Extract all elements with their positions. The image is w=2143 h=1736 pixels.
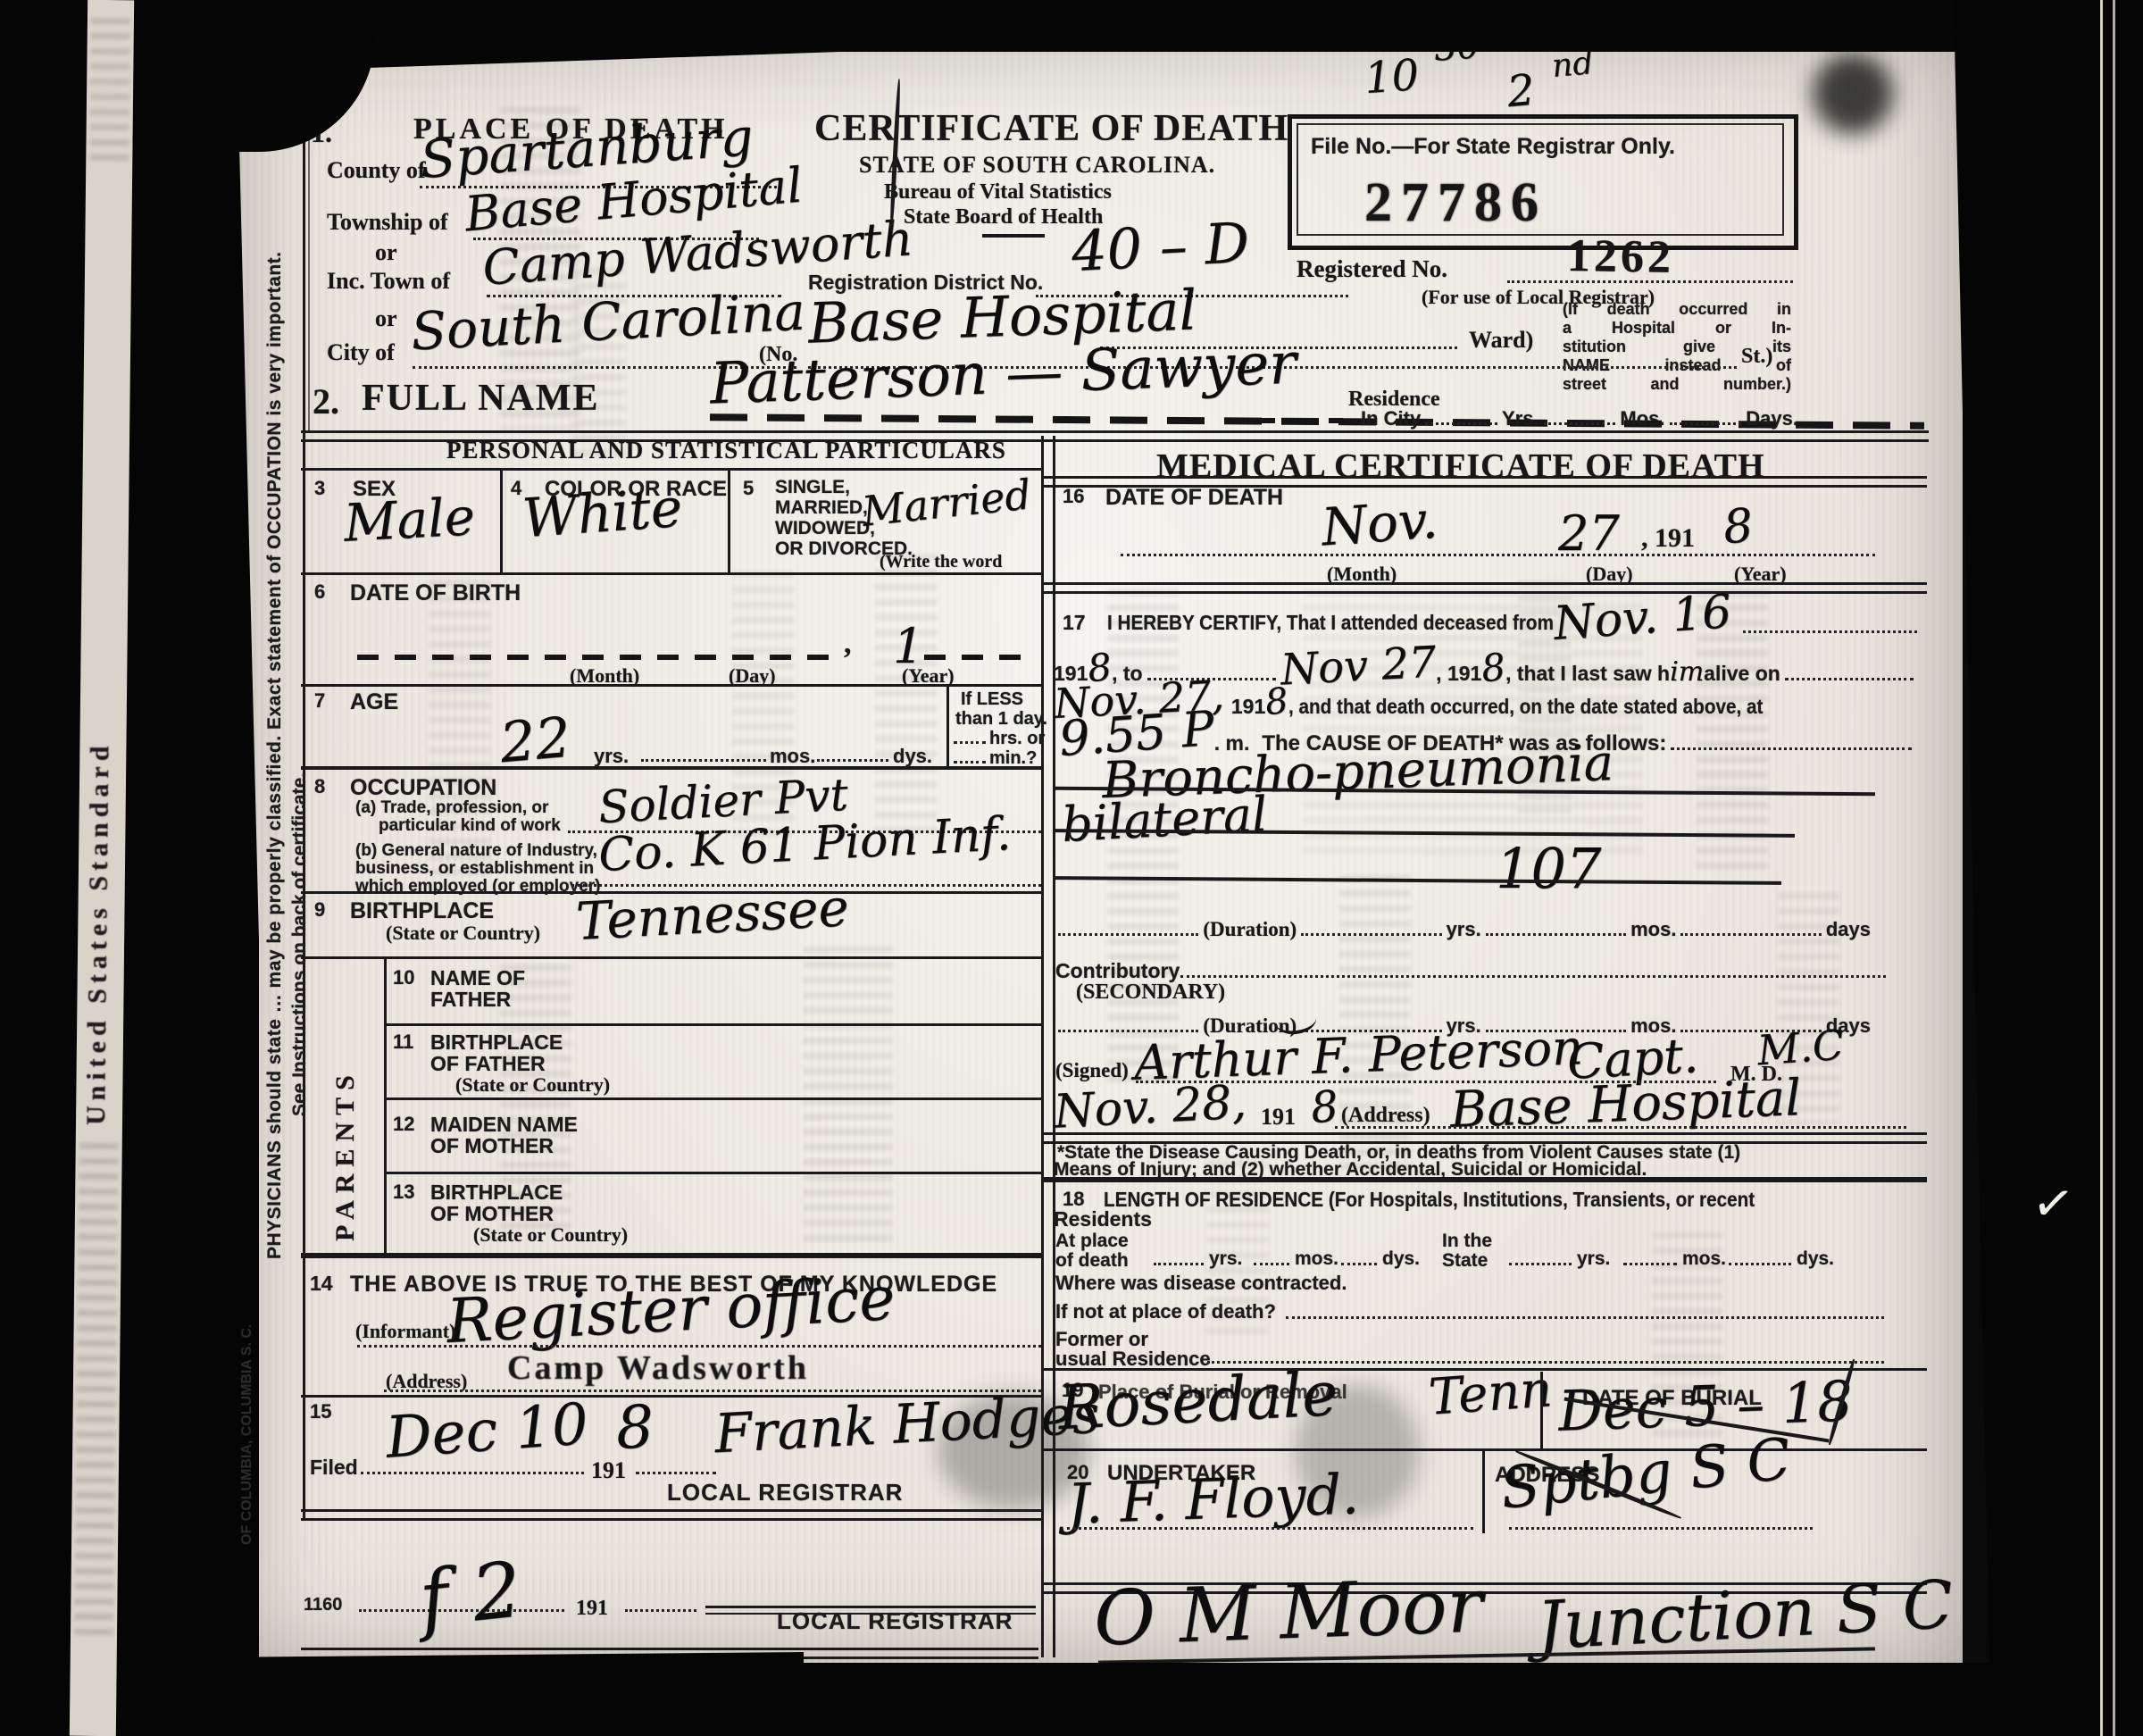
dotted-line <box>1507 280 1793 283</box>
spine-noise <box>74 1143 119 1643</box>
marital-line: MARRIED, <box>775 497 868 519</box>
mos-label: mos. <box>1630 918 1676 941</box>
dys-label: dys. <box>1382 1248 1420 1270</box>
sign-year-print: 191 <box>1261 1104 1296 1131</box>
at-place-line: of death <box>1055 1250 1129 1272</box>
yrs-label: yrs. <box>1209 1248 1242 1270</box>
marital-line: SINGLE, <box>775 477 850 498</box>
handwritten-annotation: 2 <box>1505 65 1537 117</box>
dotted-line <box>361 1472 584 1474</box>
dotted-line <box>1154 1263 1204 1265</box>
registration-district-value: 40 – D <box>1070 210 1251 284</box>
certificate-title: CERTIFICATE OF DEATH <box>814 107 1288 150</box>
column-divider <box>1041 436 1055 1591</box>
dotted-line <box>954 761 986 764</box>
sex-number: 3 <box>314 477 325 500</box>
bleed-noise <box>875 554 938 839</box>
dotted-line <box>1335 1126 1906 1129</box>
yrs-label: yrs. <box>1447 918 1481 941</box>
age-number: 7 <box>314 689 325 713</box>
dotted-line <box>817 759 888 762</box>
st-label: St.) <box>1741 345 1772 369</box>
father-bp-line: BIRTHPLACE <box>430 1031 563 1055</box>
in-the-line: State <box>1442 1250 1488 1272</box>
dotted-line <box>1067 1527 1473 1530</box>
or-label: or <box>375 305 397 332</box>
days-label: Days. <box>1746 407 1798 430</box>
age-yrs-label: yrs. <box>594 745 629 768</box>
in-city-label: In City <box>1361 407 1421 430</box>
margin-instruction-see: See Instructions on back of certificate. <box>289 384 311 1116</box>
personal-title: PERSONAL AND STATISTICAL PARTICULARS <box>446 437 1006 464</box>
dotted-line <box>641 759 766 762</box>
father-bp-line: OF FATHER <box>430 1052 546 1076</box>
yrs-label: yrs. <box>1577 1248 1610 1270</box>
rule <box>384 1172 1041 1174</box>
rule <box>301 956 1041 959</box>
dash-marks <box>1254 418 1343 423</box>
in-the-line: In the <box>1442 1231 1492 1252</box>
dob-label: DATE OF BIRTH <box>350 580 521 606</box>
divider <box>728 468 730 575</box>
signed-label: (Signed) <box>1055 1059 1129 1082</box>
state-line: STATE OF SOUTH CAROLINA. <box>859 152 1215 179</box>
rule <box>301 572 1041 575</box>
divider <box>500 468 503 575</box>
mos-label: mos. <box>1295 1248 1338 1270</box>
cause-line-2: bilateral <box>1061 786 1269 853</box>
informant-label: (Informant) <box>355 1320 455 1343</box>
birthplace-caption: (State or Country) <box>386 922 540 945</box>
residence-title: LENGTH OF RESIDENCE (For Hospitals, Inst… <box>1104 1188 1755 1212</box>
strip-signature: O M Moor Junction S C <box>1094 1568 1953 1656</box>
dod-year-value: 8 <box>1721 499 1755 555</box>
duration-caption: (Duration) <box>1203 918 1297 941</box>
film-edge-line <box>2113 0 2115 1736</box>
mos-label: Mos. <box>1620 407 1664 430</box>
film-bottom-band <box>0 1663 2143 1736</box>
dod-year-print: , 191 <box>1641 523 1695 554</box>
section-2-number: 2. <box>313 380 339 422</box>
or-label: or <box>375 239 397 266</box>
section-16-number: 16 <box>1063 485 1084 508</box>
thick-rule <box>301 1253 1041 1258</box>
strip-ink-mark: f 2 <box>415 1545 526 1644</box>
duration-line: (Duration) yrs. mos. days <box>1054 918 1871 941</box>
bureau-line: Bureau of Vital Statistics <box>884 180 1112 204</box>
dash-line <box>924 655 1022 660</box>
parents-label: PARENTS <box>330 1000 361 1241</box>
rule <box>301 766 1041 770</box>
film-edge-line <box>2100 0 2103 1736</box>
where-contracted-label: Where was disease contracted. <box>1055 1272 1347 1295</box>
mother-bp-number: 13 <box>393 1181 414 1204</box>
cause-line-3: 107 <box>1496 836 1601 901</box>
rule <box>982 234 1045 238</box>
dotted-line <box>1121 554 1875 556</box>
burial-place-value: Rosedale <box>1056 1359 1339 1444</box>
double-rule <box>1041 582 1927 594</box>
rule <box>301 468 1041 471</box>
dotted-line <box>625 1609 696 1612</box>
inc-town-label: Inc. Town of <box>327 268 450 295</box>
section-14-number: 14 <box>310 1272 333 1296</box>
mother-line: MAIDEN NAME <box>430 1113 578 1137</box>
father-number: 10 <box>393 966 414 989</box>
burial-place-state: Tenn <box>1427 1360 1554 1426</box>
section-17-number: 17 <box>1063 611 1086 635</box>
mother-bp-line: OF MOTHER <box>430 1202 554 1226</box>
occupation-label: OCCUPATION <box>350 775 496 801</box>
dob-comma: , <box>844 627 852 661</box>
filed-year-value: 8 <box>615 1392 655 1462</box>
birthplace-label: BIRTHPLACE <box>350 898 494 924</box>
informant-address-stamp: Camp Wadsworth <box>507 1348 809 1388</box>
township-label: Township of <box>327 209 448 236</box>
spine-noise <box>89 18 130 170</box>
dotted-line <box>1180 975 1886 978</box>
age-value: 22 <box>497 705 573 776</box>
file-number-value: 27786 <box>1364 171 1547 235</box>
yrs-label: Yrs. <box>1502 407 1539 430</box>
dys-label: dys. <box>1797 1248 1834 1270</box>
occupation-a-line: (a) Trade, profession, or <box>355 798 548 818</box>
strip-local-registrar-label: LOCAL REGISTRAR <box>777 1607 1013 1635</box>
sign-address-value: Base Hospital <box>1449 1069 1802 1139</box>
registered-no-label: Registered No. <box>1297 255 1447 283</box>
father-bp-number: 11 <box>393 1031 413 1054</box>
dotted-line <box>1341 1263 1377 1265</box>
secondary-label: (SECONDARY) <box>1076 981 1225 1005</box>
spine-title: United States Standard <box>81 188 121 1125</box>
date-of-death-label: DATE OF DEATH <box>1105 485 1283 511</box>
county-label: County of <box>327 157 426 184</box>
handwritten-annotation: 10 <box>1363 50 1421 104</box>
bleed-noise <box>804 947 893 1241</box>
days-label: days <box>1826 918 1871 941</box>
marital-note: (Write the word <box>880 552 1002 572</box>
marital-number: 5 <box>743 477 754 500</box>
dotted-line <box>357 1345 1041 1348</box>
father-line: NAME OF <box>430 966 525 990</box>
filed-date-value: Dec 10 <box>384 1391 590 1472</box>
margin-printer-credit: OF COLUMBIA, COLUMBIA S. C. <box>239 1241 255 1545</box>
thick-rule <box>1041 1177 1927 1182</box>
dod-month-value: Nov. <box>1320 489 1439 558</box>
strip-signature-name: O M Moor <box>1092 1561 1484 1662</box>
dash-line <box>357 655 839 660</box>
dotted-line <box>1509 1527 1813 1530</box>
dotted-line <box>1743 630 1917 633</box>
color-value: White <box>521 477 685 550</box>
sign-address-label: (Address) <box>1341 1104 1430 1128</box>
strip-code: 1160 <box>304 1595 342 1615</box>
undertaker-value: J. F. Floyd. <box>1066 1461 1360 1536</box>
if-not-label: If not at place of death? <box>1055 1300 1276 1323</box>
if-less-line: than 1 day. <box>955 709 1047 730</box>
marital-line: WIDOWED, <box>775 518 875 539</box>
dotted-line <box>1509 1263 1572 1265</box>
scanned-death-certificate: Form No. 10 1. PLACE OF DEATH CERTIFICAT… <box>0 0 2143 1736</box>
occupation-number: 8 <box>314 775 325 798</box>
father-line: FATHER <box>430 988 511 1012</box>
local-registrar-label: LOCAL REGISTRAR <box>667 1479 903 1506</box>
rule <box>384 1023 1041 1026</box>
section-15-number: 15 <box>310 1400 331 1423</box>
birthplace-number: 9 <box>314 898 325 922</box>
dotted-line <box>954 741 986 744</box>
dotted-line <box>1286 1316 1884 1319</box>
contributory-label: Contributory <box>1055 959 1180 983</box>
strip-year-print: 191 <box>576 1597 608 1621</box>
dotted-line <box>1623 1263 1677 1265</box>
divider <box>946 684 949 770</box>
father-bp-caption: (State or Country) <box>455 1073 610 1097</box>
residence-title-2: Residents <box>1054 1207 1152 1231</box>
dotted-line <box>1729 1263 1791 1265</box>
filed-year-print: 191 <box>591 1457 626 1484</box>
registered-no-value: 1262 <box>1566 230 1674 284</box>
ward-label: Ward) <box>1469 327 1533 354</box>
sex-value: Male <box>342 486 476 554</box>
double-rule <box>301 1509 1041 1521</box>
divider <box>384 956 387 1256</box>
at-place-line: At place <box>1055 1231 1129 1252</box>
dotted-line <box>636 1472 716 1474</box>
ink-blot <box>1813 54 1893 134</box>
mother-bp-line: BIRTHPLACE <box>430 1181 563 1205</box>
occupation-a-line: particular kind of work <box>379 816 561 836</box>
certify-text: I HEREBY CERTIFY, That I attended deceas… <box>1107 611 1554 635</box>
mother-line: OF MOTHER <box>430 1134 554 1158</box>
if-less-line: If LESS <box>961 689 1023 710</box>
age-mos-label: mos. <box>770 745 815 768</box>
residence-line: In City Yrs. Mos. Days. <box>1361 407 1798 430</box>
age-dys-label: dys. <box>893 745 932 768</box>
sign-date-value: Nov. 28, <box>1053 1075 1248 1139</box>
divider <box>1482 1451 1485 1533</box>
hospital-note-line: a Hospital or In- <box>1563 319 1791 338</box>
hospital-note-line: (If death occurred in <box>1563 300 1791 319</box>
strip-divider <box>1041 1590 1055 1657</box>
rule <box>301 684 1041 687</box>
rule <box>384 1098 1041 1100</box>
full-name-label: FULL NAME <box>362 377 600 420</box>
file-box-title: File No.—For State Registrar Only. <box>1311 134 1675 160</box>
hospital-note-line: street and number.) <box>1563 375 1791 394</box>
white-check-mark: ✓ <box>2029 1173 2079 1236</box>
mother-bp-caption: (State or Country) <box>473 1223 628 1247</box>
mother-number: 12 <box>393 1113 414 1136</box>
if-less-line: hrs. or <box>989 729 1045 749</box>
age-label: AGE <box>350 689 398 715</box>
dob-number: 6 <box>314 580 325 604</box>
filed-label: Filed <box>310 1456 358 1480</box>
divider <box>1540 1372 1543 1450</box>
mos-label: mos. <box>1682 1248 1726 1270</box>
occupation-b-line: business, or establishment in <box>355 859 594 879</box>
city-label: City of <box>327 339 395 366</box>
occupation-b-line: (b) General nature of Industry, <box>355 841 597 861</box>
dotted-line <box>1254 1263 1289 1265</box>
margin-instruction-main: PHYSICIANS should state … may be properl… <box>264 125 286 1259</box>
